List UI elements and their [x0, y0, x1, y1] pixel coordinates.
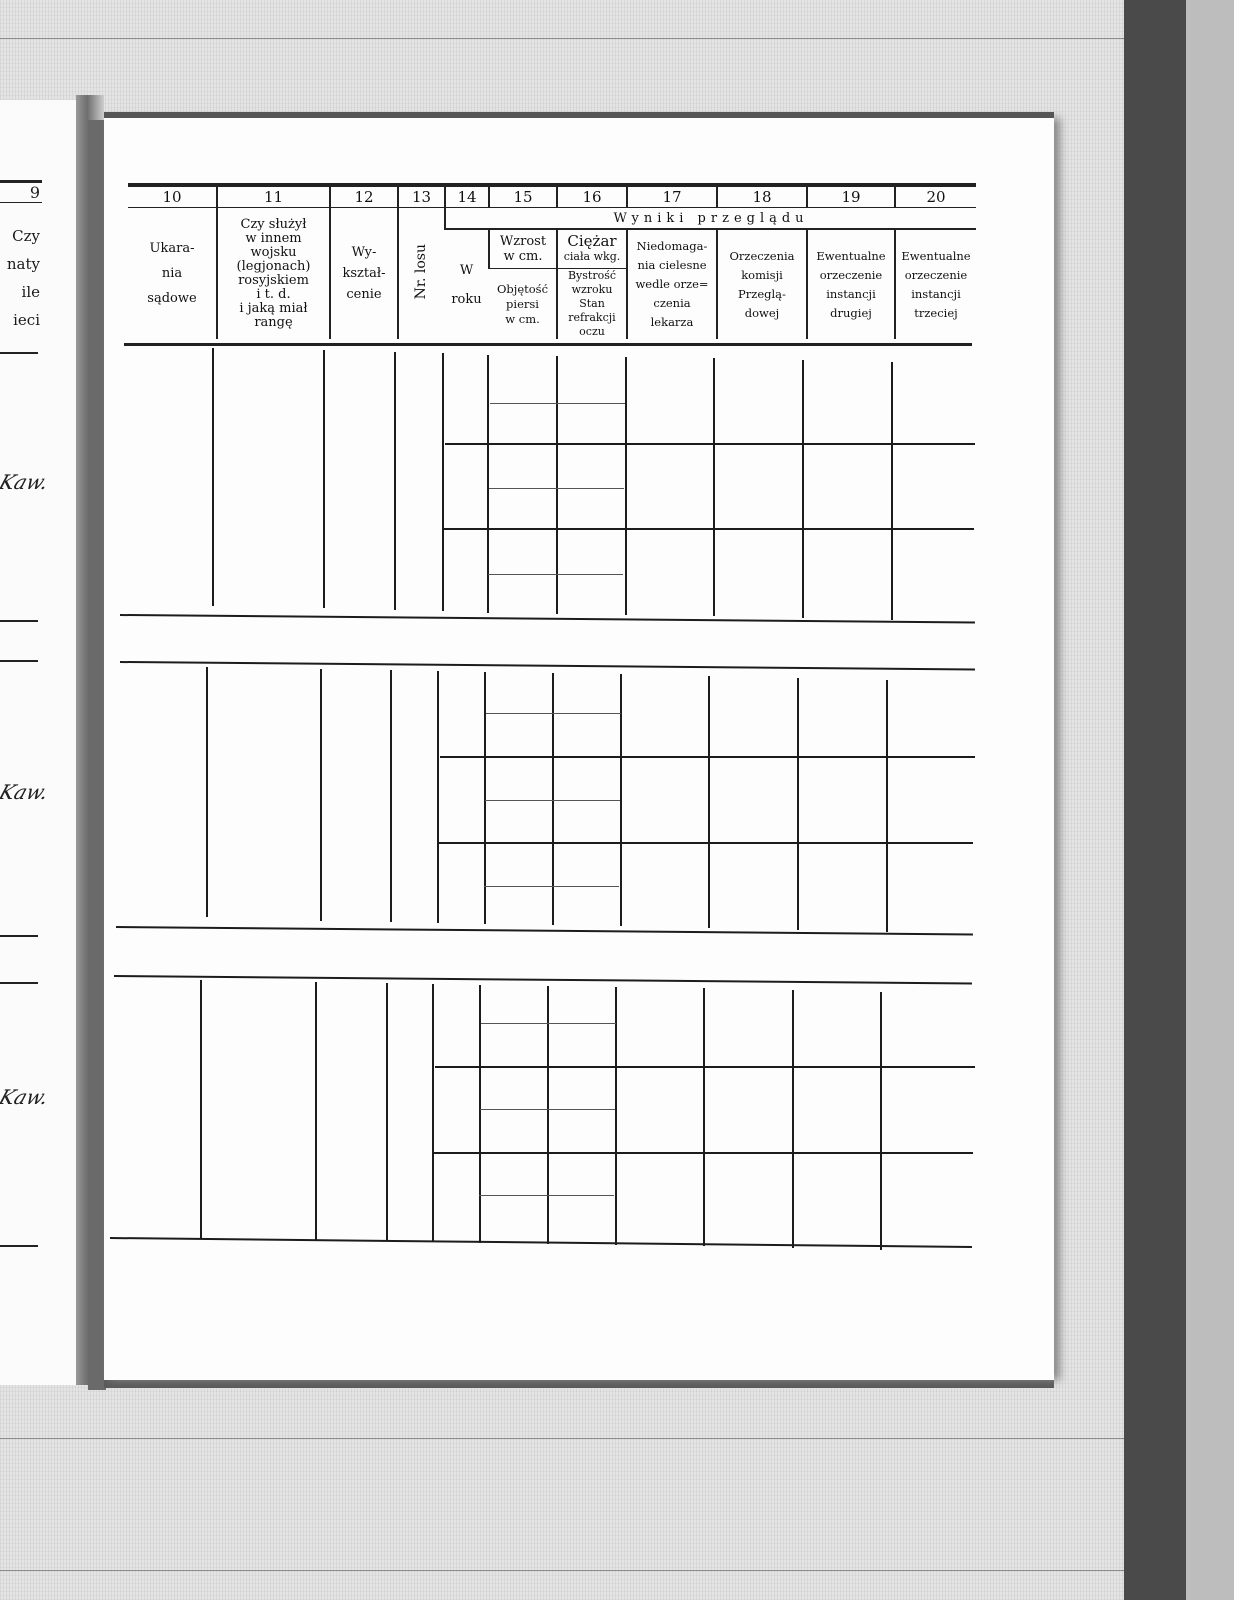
sub-row-rule — [438, 842, 973, 844]
sub-cell-rule — [488, 574, 623, 575]
scanner-dark-band — [1124, 0, 1186, 1600]
prev-rule — [0, 1245, 38, 1247]
column-header-wzrost: Wzrostw cm. — [489, 229, 557, 269]
sub-cell-rule — [486, 713, 621, 714]
form-header: 10 11 12 13 14 15 16 17 18 19 20 Ukara- … — [128, 183, 976, 339]
sub-row-rule — [435, 1066, 975, 1068]
handwritten-entry: Kaw. — [0, 1085, 52, 1109]
column-header-ciezar: Ciężarciała wkg. — [557, 229, 627, 269]
column-divider — [802, 360, 804, 618]
column-number-18: 18 — [717, 185, 807, 208]
sub-cell-rule — [489, 488, 624, 489]
scan-artifact-line — [0, 38, 1124, 39]
column-number-20: 20 — [895, 185, 976, 208]
column-header-nr-losu: Nr. losu — [398, 208, 445, 340]
column-header-w-roku: W roku — [445, 229, 489, 339]
column-number-13: 13 — [398, 185, 445, 208]
scanner-edge — [1186, 0, 1234, 1600]
column-divider — [891, 362, 893, 620]
column-divider — [620, 674, 622, 926]
column-number-17: 17 — [627, 185, 717, 208]
column-divider — [703, 988, 705, 1246]
handwritten-entry: Kaw. — [0, 780, 52, 804]
prev-header-line: Czy — [0, 222, 40, 250]
column-divider — [625, 357, 627, 615]
column-divider — [615, 987, 617, 1245]
column-divider — [320, 669, 322, 921]
sub-cell-rule — [481, 1023, 616, 1024]
column-number-10: 10 — [128, 185, 217, 208]
column-divider — [200, 980, 202, 1238]
column-number-12: 12 — [330, 185, 398, 208]
column-number-11: 11 — [217, 185, 330, 208]
column-divider — [552, 673, 554, 925]
prev-rule — [0, 352, 38, 354]
prev-rule — [0, 982, 38, 984]
scan-artifact-line — [0, 1570, 1124, 1571]
column-header-instancja-trzecia: Ewentualneorzeczenie instancjitrzeciej — [895, 229, 976, 339]
column-divider — [206, 667, 208, 917]
column-divider — [886, 680, 888, 932]
column-number-14: 14 — [445, 185, 489, 208]
column-divider — [792, 990, 794, 1248]
column-divider — [394, 352, 396, 610]
column-header-sluzba-wojskowa: Czy służyłw innem wojsku(legjonach) rosy… — [217, 208, 330, 340]
column-number-15: 15 — [489, 185, 557, 208]
column-header-wyksztalcenie: Wy- kształ- cenie — [330, 208, 398, 340]
sub-cell-rule — [490, 403, 625, 404]
column-header-bystrosc-wzroku: Bystrośćwzroku Stanrefrakcji oczu — [557, 269, 627, 340]
column-header-instancja-druga: Ewentualneorzeczenie instancjidrugiej — [807, 229, 895, 339]
sub-row-rule — [444, 528, 974, 530]
sub-cell-rule — [480, 1109, 615, 1110]
sub-cell-rule — [484, 886, 619, 887]
prev-rule — [0, 935, 38, 937]
sub-row-rule — [445, 443, 975, 445]
column-divider — [323, 350, 325, 608]
column-number-16: 16 — [557, 185, 627, 208]
sub-row-rule — [433, 1152, 973, 1154]
prev-column-number: 9 — [0, 180, 42, 203]
prev-rule — [0, 620, 38, 622]
column-divider — [390, 670, 392, 922]
prev-header-line: naty — [0, 250, 40, 278]
handwritten-entry: Kaw. — [0, 470, 52, 494]
column-header-orzeczenia-komisji: Orzeczeniakomisji Przeglą-dowej — [717, 229, 807, 339]
sub-row-rule — [440, 756, 975, 758]
header-bottom-rule — [124, 343, 972, 346]
column-header-niedomagania: Niedomaga-nia cielesne wedle orze=czenia… — [627, 229, 717, 339]
column-divider — [556, 356, 558, 614]
column-divider — [713, 358, 715, 616]
column-divider — [547, 986, 549, 1244]
column-divider — [708, 676, 710, 928]
sub-cell-rule — [479, 1195, 614, 1196]
column-divider — [386, 983, 388, 1241]
column-divider — [797, 678, 799, 930]
column-divider — [442, 353, 444, 611]
column-divider — [212, 348, 214, 606]
scan-artifact-line — [0, 1438, 1124, 1439]
prev-rule — [0, 660, 38, 662]
column-divider — [432, 984, 434, 1242]
section-header-wyniki-przegladu: Wyniki przeglądu — [445, 208, 976, 230]
column-divider — [315, 982, 317, 1240]
column-divider — [880, 992, 882, 1250]
prev-header-line: ieci — [0, 306, 40, 334]
sub-cell-rule — [485, 800, 620, 801]
prev-header-line: ile — [0, 278, 40, 306]
column-number-19: 19 — [807, 185, 895, 208]
column-header-objetosc-piersi: Objętośćpiersi w cm. — [489, 269, 557, 340]
column-header-ukarania: Ukara- nia sądowe — [128, 208, 217, 340]
column-divider — [437, 671, 439, 923]
